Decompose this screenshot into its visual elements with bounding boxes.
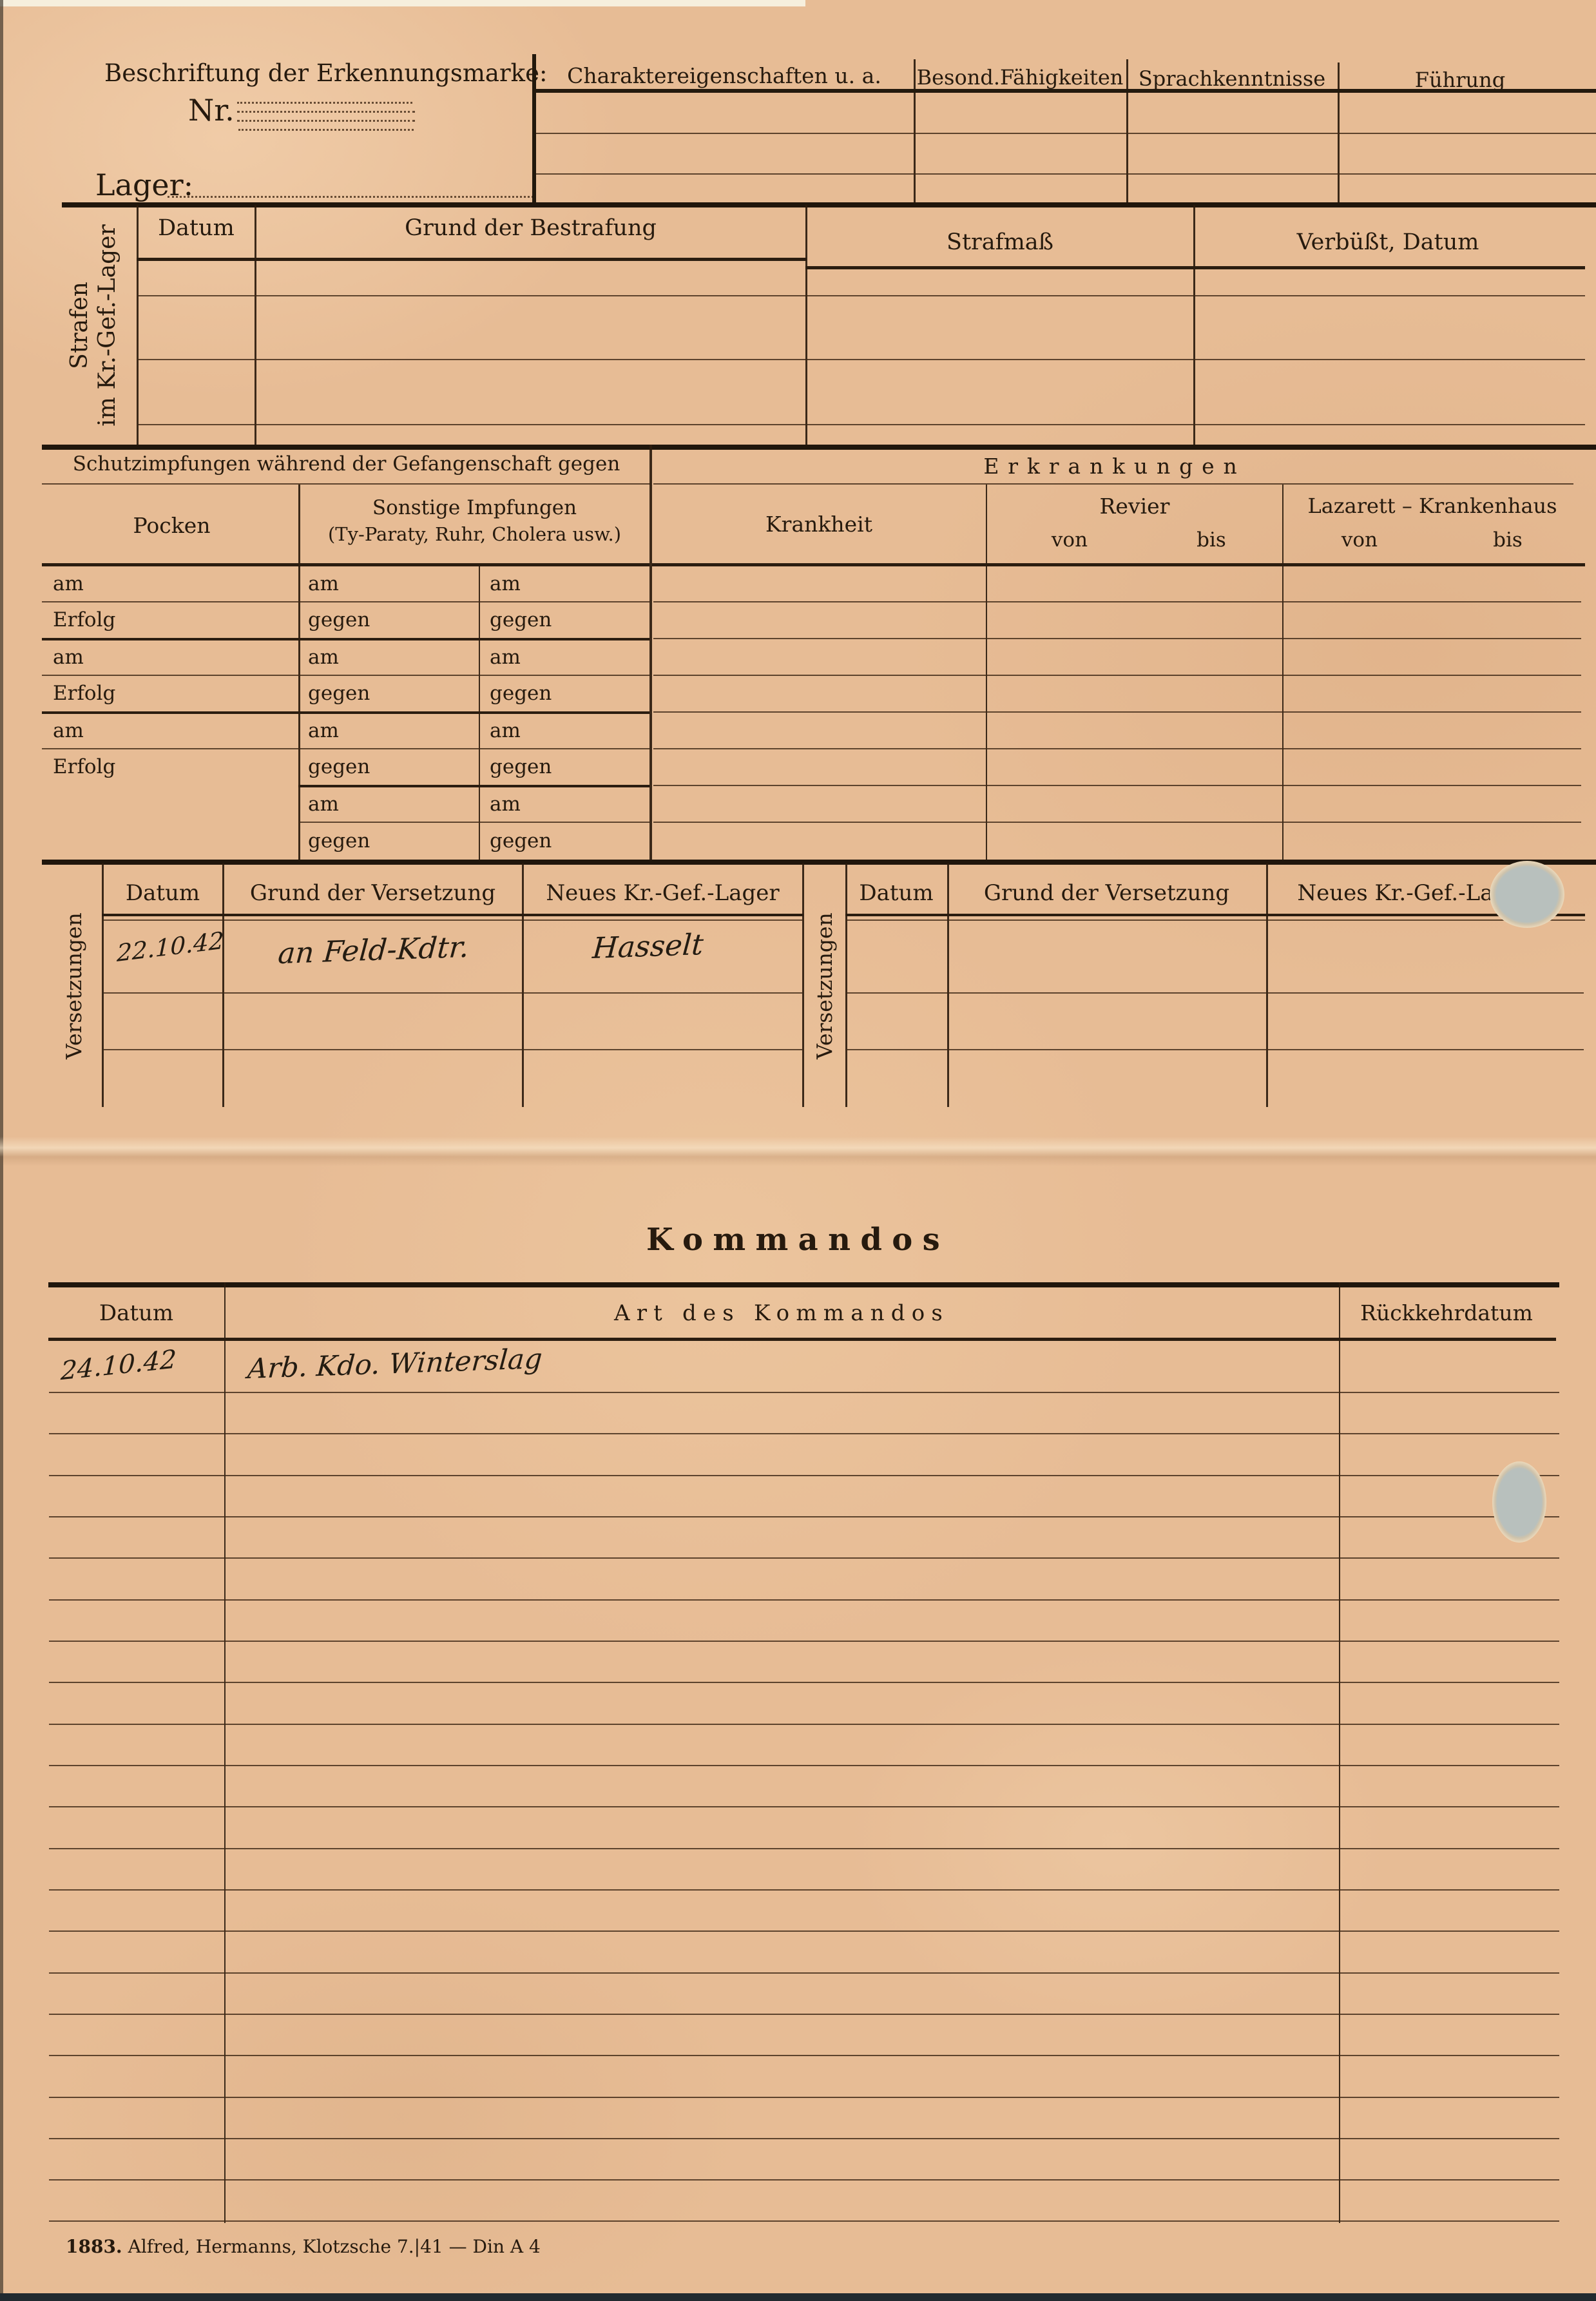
strafen-col-datum: Datum [138, 215, 255, 241]
strafen-header-rule [805, 266, 1585, 269]
impf-cell: gegen [490, 682, 552, 705]
vers-right-col-grund: Grund der Versetzung [948, 880, 1265, 906]
traits-col-charakter: Charaktereigenschaften u. a. [540, 63, 909, 88]
vers-left-col-neues: Neues Kr.-Gef.-Lager [523, 880, 802, 906]
komm-row-rule [49, 1641, 1559, 1642]
strafen-bottom-rule [42, 445, 1596, 450]
erkr-lazarett-bis: bis [1443, 528, 1572, 552]
strafen-col-grund: Grund der Bestrafung [256, 215, 805, 241]
impf-row-rule [298, 822, 649, 823]
vers-right-row-rule [847, 992, 1584, 994]
impf-col-sonstige-line1: Sonstige Impfungen [300, 496, 649, 519]
komm-col-art: Art des Kommandos [226, 1300, 1338, 1326]
strafen-row-rule [138, 424, 1585, 425]
strafen-col-verbuesst: Verbüßt, Datum [1195, 229, 1581, 255]
kommandos-title: Kommandos [0, 1222, 1596, 1258]
komm-header-rule [48, 1338, 1556, 1341]
imprint-number: 1883. [66, 2236, 122, 2257]
nr-dotted-line [237, 102, 412, 104]
komm-col-divider [1339, 1282, 1340, 2223]
erkr-col-divider [1282, 485, 1284, 861]
scan-edge-top [0, 0, 805, 6]
erkr-col-divider [986, 485, 987, 861]
impf-cell: gegen [308, 829, 370, 852]
erkr-header-rule [652, 563, 1585, 566]
impf-cell: gegen [490, 755, 552, 778]
komm-row-rule [49, 1889, 1559, 1891]
komm-row-rule [49, 1765, 1559, 1766]
komm-row-rule [49, 2220, 1559, 2222]
vers-left-col-grund: Grund der Versetzung [224, 880, 522, 906]
punch-hole [1492, 1461, 1546, 1543]
komm-col-rueck: Rückkehrdatum [1340, 1300, 1553, 1325]
imprint-text: Alfred, Hermanns, Klotzsche 7.|41 — Din … [128, 2236, 541, 2257]
komm-row-rule [49, 2097, 1559, 2098]
traits-left-border [532, 54, 536, 205]
strafen-col-strafmass: Strafmaß [807, 229, 1193, 255]
erkr-row-rule [653, 601, 1581, 602]
strafen-row-rule [138, 359, 1585, 360]
impf-cell: gegen [308, 682, 370, 705]
komm-row-rule [49, 1516, 1559, 1517]
erkr-title: Erkrankungen [651, 454, 1579, 479]
impf-cell: gegen [308, 755, 370, 778]
vers-right-header-rule [845, 914, 1585, 916]
komm-entry-art: Arb. Kdo. Winterslag [247, 1343, 544, 1385]
impf-col-pocken: Pocken [45, 513, 298, 538]
impf-erkr-divider [649, 445, 652, 862]
komm-entry-datum: 24.10.42 [60, 1345, 177, 1386]
impf-cell: Erfolg [53, 682, 115, 705]
impf-cell: am [53, 646, 84, 669]
vers-left-header-rule2 [102, 919, 803, 921]
komm-row-rule [49, 1599, 1559, 1601]
komm-row-rule [49, 1557, 1559, 1559]
traits-header-rule [534, 89, 1596, 93]
komm-row-rule [49, 2138, 1559, 2139]
pow-record-card: Beschriftung der Erkennungsmarke: Nr. La… [0, 0, 1596, 2301]
komm-row-rule [49, 1972, 1559, 1974]
vers-left-header-rule [102, 914, 803, 916]
komm-row-rule [49, 1848, 1559, 1849]
impf-cell: am [308, 793, 339, 816]
versetzungen-side-label-right: Versetzungen [812, 880, 840, 1092]
impf-cell: am [308, 572, 339, 595]
vers-left-row-rule [103, 1049, 802, 1050]
impf-title-rule [42, 483, 651, 485]
versetzungen-side-text: Versetzungen [812, 912, 837, 1059]
erkr-revier-bis: bis [1147, 528, 1276, 552]
tag-label: Beschriftung der Erkennungsmarke: [104, 59, 547, 87]
strafen-side-line1: Strafen [66, 282, 93, 369]
komm-row-rule [49, 2055, 1559, 2056]
vers-right-header-rule2 [845, 919, 1585, 921]
komm-row-rule [49, 2014, 1559, 2015]
vers-entry-datum: 22.10.42 [117, 927, 224, 967]
impf-cell: am [490, 572, 521, 595]
erkr-title-rule [653, 483, 1573, 485]
impf-header-rule [42, 563, 649, 566]
strafen-side-label: Strafen im Kr.-Gef.-Lager [66, 189, 130, 462]
strafen-col-divider [255, 205, 256, 447]
komm-row-rule [49, 2179, 1559, 2181]
erkr-col-lazarett: Lazarett – Krankenhaus [1284, 494, 1581, 518]
fold-crease [0, 1137, 1596, 1166]
erkr-row-rule [653, 711, 1581, 713]
strafen-header-rule [137, 258, 807, 261]
komm-row-rule [49, 1433, 1559, 1434]
impf-row-rule [42, 675, 649, 676]
strafen-top-rule [62, 202, 1596, 207]
erkr-row-rule [653, 748, 1581, 749]
vers-right-row-rule [847, 1049, 1584, 1050]
traits-col-faehigkeiten: Besond.Fähigkeiten [916, 65, 1124, 90]
komm-col-datum: Datum [50, 1300, 223, 1326]
printer-imprint: 1883. Alfred, Hermanns, Klotzsche 7.|41 … [66, 2236, 541, 2257]
impf-cell: am [490, 793, 521, 816]
impf-cell: Erfolg [53, 608, 115, 631]
impf-cell: gegen [490, 829, 552, 852]
komm-row-rule [49, 1930, 1559, 1932]
traits-row-rule [536, 133, 1596, 134]
komm-col-divider [224, 1282, 226, 2223]
komm-row-rule [49, 1475, 1559, 1476]
impf-pair-rule [298, 785, 649, 787]
impf-erkr-bottom-rule [42, 860, 1596, 865]
impf-pair-rule [42, 638, 649, 640]
versetzungen-side-label-left: Versetzungen [61, 880, 90, 1092]
komm-row-rule [49, 1682, 1559, 1683]
traits-col-sprachen: Sprachkenntnisse [1129, 66, 1335, 91]
vers-right-col-datum: Datum [847, 880, 946, 906]
erkr-col-revier: Revier [987, 494, 1282, 519]
impf-pair-rule [42, 711, 649, 714]
strafen-side-line2: im Kr.-Gef.-Lager [94, 224, 120, 427]
lager-dotted-line [168, 196, 534, 198]
nr-dotted-line [237, 111, 415, 113]
vers-entry-grund: an Feld-Kdtr. [277, 930, 470, 970]
erkr-row-rule [653, 675, 1581, 676]
versetzungen-side-text: Versetzungen [61, 912, 86, 1059]
komm-row-rule [49, 1392, 1559, 1393]
erkr-row-rule [653, 785, 1581, 786]
nr-label: Nr. [188, 93, 235, 128]
vers-entry-lager: Hasselt [591, 927, 705, 965]
komm-top-rule [48, 1282, 1559, 1287]
impf-cell: gegen [490, 608, 552, 631]
impf-cell: am [308, 719, 339, 742]
impf-row-rule [42, 601, 649, 602]
vers-left-row-rule [103, 992, 802, 994]
erkr-col-krankheit: Krankheit [652, 512, 986, 537]
impf-cell: am [490, 646, 521, 669]
nr-dotted-line [238, 129, 414, 131]
strafen-label-divider [137, 205, 139, 447]
vers-left-col-datum: Datum [103, 880, 222, 906]
impf-cell: am [53, 719, 84, 742]
traits-row-rule [536, 173, 1596, 175]
vers-left-right-border [802, 863, 804, 1107]
erkr-lazarett-von: von [1295, 528, 1424, 552]
impf-cell: Erfolg [53, 755, 115, 778]
erkr-row-rule [653, 638, 1581, 639]
nr-dotted-line [237, 120, 415, 122]
komm-row-rule [49, 1806, 1559, 1807]
strafen-row-rule [138, 295, 1585, 296]
impf-cell: am [308, 646, 339, 669]
traits-divider [914, 59, 916, 205]
komm-row-rule [49, 1724, 1559, 1725]
traits-divider [1126, 59, 1128, 205]
impf-cell: am [53, 572, 84, 595]
impf-title: Schutzimpfungen während der Gefangenscha… [45, 452, 648, 476]
impf-col-sonstige-line2: (Ty-Paraty, Ruhr, Cholera usw.) [300, 523, 649, 545]
punch-hole [1490, 861, 1564, 928]
erkr-row-rule [653, 822, 1581, 823]
scan-edge-bottom [0, 2293, 1596, 2301]
impf-cell: gegen [308, 608, 370, 631]
impf-row-rule [42, 748, 649, 749]
erkr-revier-von: von [1005, 528, 1134, 552]
impf-cell: am [490, 719, 521, 742]
